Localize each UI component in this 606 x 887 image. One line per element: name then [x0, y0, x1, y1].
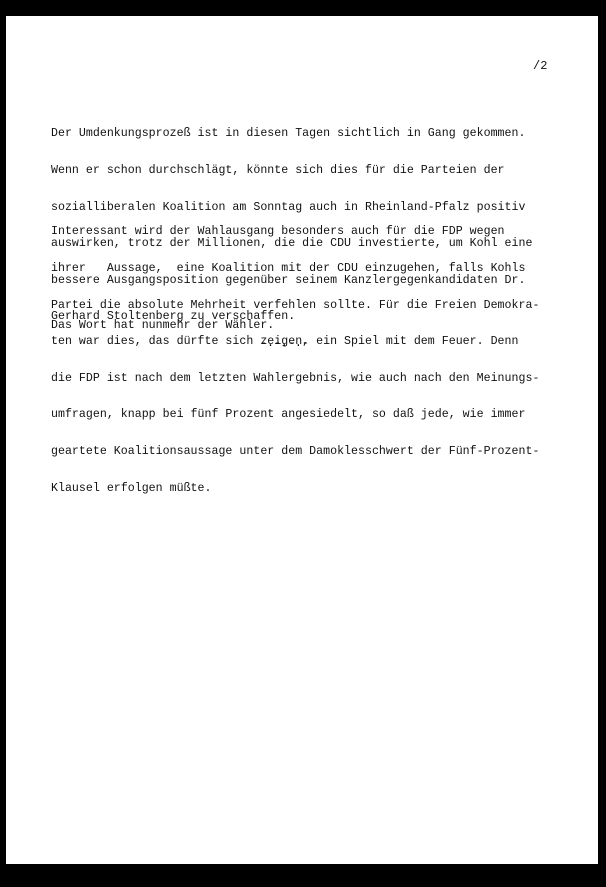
end-mark: -.-.-.-	[260, 338, 309, 350]
text-line: Das Wort hat nunmehr der Wähler.	[51, 320, 274, 332]
text-line: Interessant wird der Wahlausgang besonde…	[51, 226, 539, 238]
page-number: /2	[533, 60, 547, 72]
text-line: umfragen, knapp bei fünf Prozent angesie…	[51, 409, 539, 421]
paragraph-2: Interessant wird der Wahlausgang besonde…	[51, 202, 539, 519]
document-page: /2 Der Umdenkungsprozeß ist in diesen Ta…	[6, 16, 598, 864]
text-line: die FDP ist nach dem letzten Wahlergebni…	[51, 373, 539, 385]
text-line: Klausel erfolgen müßte.	[51, 483, 539, 495]
paragraph-3: Das Wort hat nunmehr der Wähler.	[51, 296, 274, 357]
text-line: ihrer Aussage, eine Koalition mit der CD…	[51, 263, 539, 275]
text-line: Wenn er schon durchschlägt, könnte sich …	[51, 165, 532, 177]
text-line: geartete Koalitionsaussage unter dem Dam…	[51, 446, 539, 458]
text-line: Der Umdenkungsprozeß ist in diesen Tagen…	[51, 128, 532, 140]
